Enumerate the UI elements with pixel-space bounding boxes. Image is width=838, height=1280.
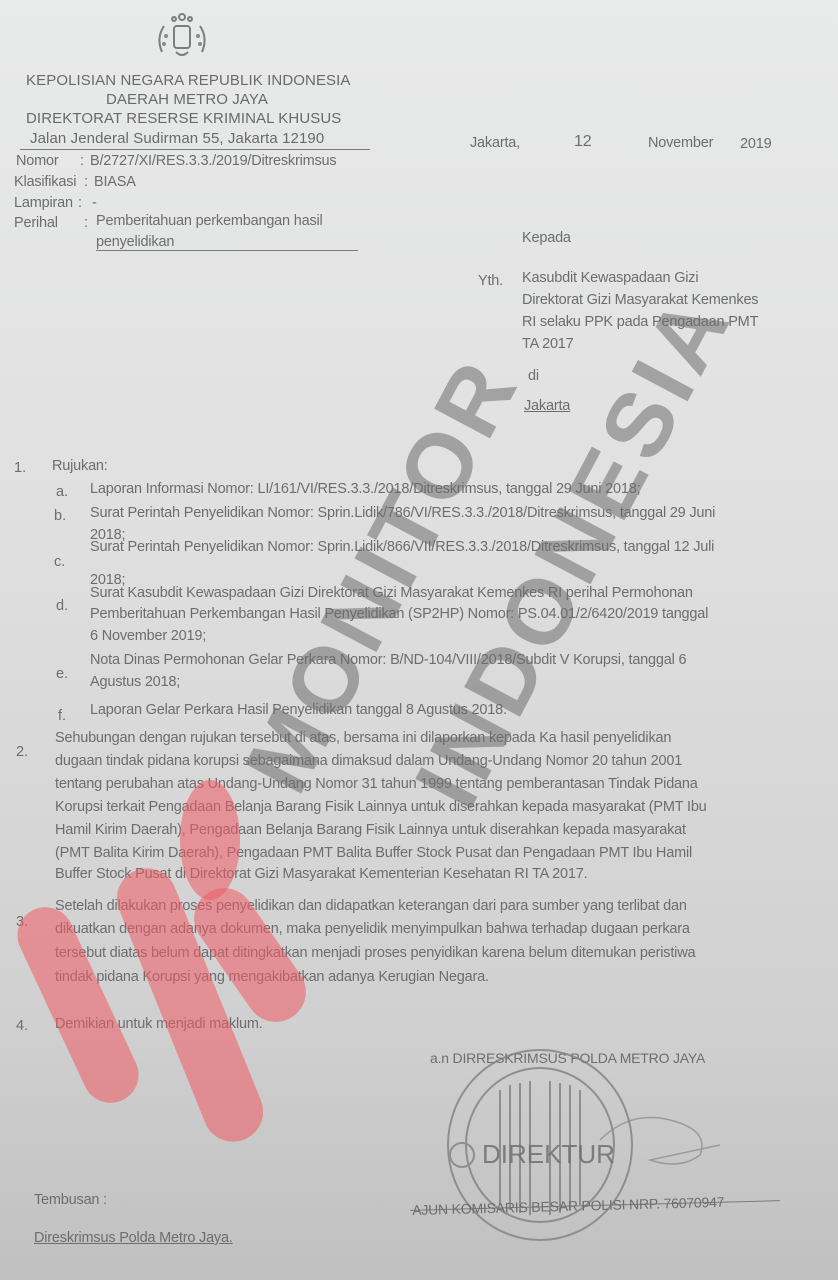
meta-sep: :: [78, 195, 82, 211]
item-letter: e.: [56, 666, 68, 682]
para-2-line: tentang perubahan atas Undang-Undang Nom…: [55, 776, 698, 792]
recipient-yth: Yth.: [478, 273, 503, 289]
date-year: 2019: [740, 136, 771, 152]
letterhead-rule: [20, 149, 370, 150]
cc-item: Direskrimsus Polda Metro Jaya.: [34, 1230, 233, 1246]
letterhead-address: Jalan Jenderal Sudirman 55, Jakarta 1219…: [30, 130, 324, 147]
para-1-number: 1.: [14, 460, 26, 476]
item-letter: f.: [58, 708, 66, 724]
meta-label-klasifikasi: Klasifikasi: [14, 174, 76, 190]
meta-label-lampiran: Lampiran: [14, 195, 73, 211]
meta-value-perihal-cont: penyelidikan: [96, 234, 174, 250]
para-2-line: Hamil Kirim Daerah), Pengadaan Belanja B…: [55, 822, 686, 838]
cc-label: Tembusan :: [34, 1192, 107, 1208]
meta-sep: :: [80, 153, 84, 169]
recipient-kepada: Kepada: [522, 230, 571, 246]
date-day: 12: [574, 133, 591, 151]
item-letter: a.: [56, 484, 68, 500]
item-letter: b.: [54, 508, 66, 524]
meta-value-lampiran: -: [92, 195, 97, 211]
police-emblem-icon: [152, 8, 212, 66]
meta-label-perihal: Perihal: [14, 215, 58, 231]
date-city: Jakarta,: [470, 135, 520, 151]
meta-label-nomor: Nomor: [16, 153, 59, 169]
date-month: November: [648, 135, 713, 151]
para-1-title: Rujukan:: [52, 458, 108, 474]
item-letter: c.: [54, 554, 65, 570]
recipient-line: TA 2017: [522, 336, 574, 352]
meta-value-klasifikasi: BIASA: [94, 174, 136, 190]
recipient-line: Direktorat Gizi Masyarakat Kemenkes: [522, 292, 758, 308]
para-2-line: Sehubungan dengan rujukan tersebut di at…: [55, 730, 671, 746]
para-4-number: 4.: [16, 1018, 28, 1034]
para-2-line: dugaan tindak pidana korupsi sebagaimana…: [55, 753, 682, 769]
meta-value-perihal: Pemberitahuan perkembangan hasil: [96, 213, 323, 229]
letterhead-line3: DIREKTORAT RESERSE KRIMINAL KHUSUS: [26, 110, 341, 127]
para-2-line: Korupsi terkait Pengadaan Belanja Barang…: [55, 799, 707, 815]
item-letter: d.: [56, 598, 68, 614]
signature-scribble: [590, 1100, 730, 1180]
perihal-underline: [96, 250, 358, 251]
letterhead-line2: DAERAH METRO JAYA: [106, 91, 268, 108]
meta-sep: :: [84, 174, 88, 190]
para-2-line: (PMT Balita Kirim Daerah), Pengadaan PMT…: [55, 845, 692, 861]
reference-item-cont: Agustus 2018;: [90, 674, 180, 690]
letterhead-line1: KEPOLISIAN NEGARA REPUBLIK INDONESIA: [26, 72, 351, 89]
meta-value-nomor: B/2727/XI/RES.3.3./2019/Ditreskrimsus: [90, 153, 336, 169]
reference-item-cont: 6 November 2019;: [90, 628, 206, 644]
para-2-number: 2.: [16, 744, 28, 760]
recipient-di: di: [528, 368, 539, 384]
letter-document: KEPOLISIAN NEGARA REPUBLIK INDONESIA DAE…: [0, 0, 838, 1280]
meta-sep: :: [84, 215, 88, 231]
